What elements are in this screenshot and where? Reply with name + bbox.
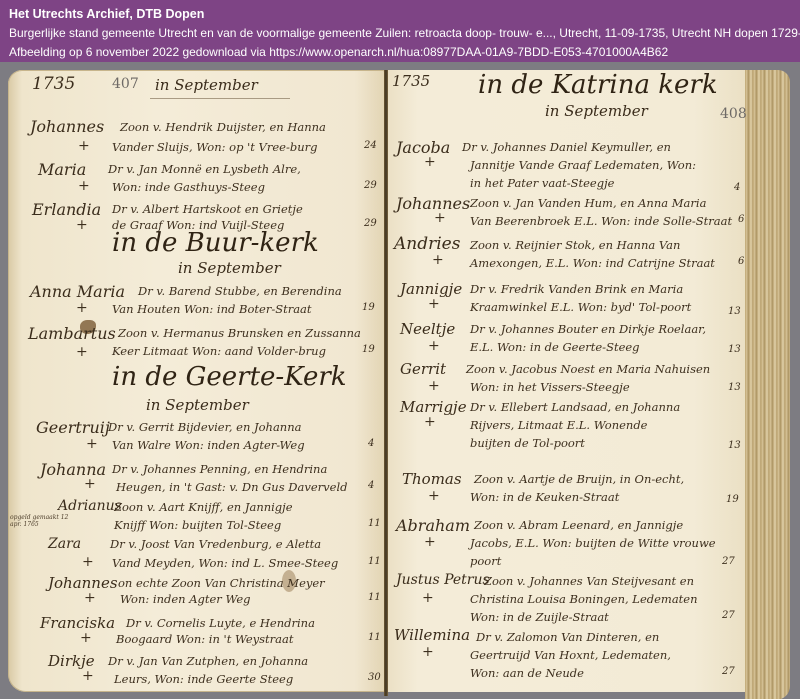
entry-day: 27 xyxy=(722,666,735,677)
page-edges xyxy=(745,70,790,699)
entry-line: Dr v. Johannes Daniel Keymuller, en xyxy=(462,140,671,154)
child-name: Gerrit xyxy=(400,360,446,378)
entry-line: Won: in het Vissers-Steegje xyxy=(470,380,630,394)
cross-mark-icon: + xyxy=(82,554,94,570)
entry-day: 19 xyxy=(726,494,739,505)
left-folio-number: 407 xyxy=(112,76,139,92)
entry-day: 11 xyxy=(368,632,381,643)
entry-line: Dr v. Cornelis Luyte, e Hendrina xyxy=(126,616,315,630)
cross-mark-icon: + xyxy=(428,338,440,354)
cross-mark-icon: + xyxy=(78,138,90,154)
entry-line: Van Walre Won: inden Agter-Weg xyxy=(112,438,305,452)
entry-line: on echte Zoon Van Christina Meyer xyxy=(118,576,325,590)
cross-mark-icon: + xyxy=(428,296,440,312)
entry-day: 13 xyxy=(728,382,741,393)
child-name: Thomas xyxy=(402,470,462,488)
entry-day: 6 xyxy=(738,214,744,225)
child-name: Anna Maria xyxy=(30,282,125,301)
entry-day: 24 xyxy=(364,140,377,151)
entry-line: Jannitje Vande Graaf Ledematen, Won: xyxy=(470,158,696,172)
church-heading: in de Geerte-Kerk xyxy=(112,362,347,392)
entry-line: Kraamwinkel E.L. Won: byd' Tol-poort xyxy=(470,300,691,314)
entry-line: in het Pater vaat-Steegje xyxy=(470,176,614,190)
entry-line: Van Beerenbroek E.L. Won: inde Solle-Str… xyxy=(470,214,732,228)
entry-line: Dr v. Johannes Penning, en Hendrina xyxy=(112,462,327,476)
child-name: Andries xyxy=(394,234,460,254)
church-heading: in de Katrina kerk xyxy=(478,70,718,100)
entry-day: 13 xyxy=(728,344,741,355)
book-gutter xyxy=(384,70,388,696)
child-name: Erlandia xyxy=(32,200,101,219)
download-note: Afbeelding op 6 november 2022 gedownload… xyxy=(9,43,791,62)
entry-line: Won: in de Zuijle-Straat xyxy=(470,610,609,624)
archive-title: Het Utrechts Archief, DTB Dopen xyxy=(9,4,791,24)
entry-day: 13 xyxy=(728,440,741,451)
entry-day: 4 xyxy=(368,480,374,491)
archive-header: Het Utrechts Archief, DTB Dopen Burgerli… xyxy=(0,0,800,62)
entry-line: Won: in de Keuken-Straat xyxy=(470,490,619,504)
entry-line: Geertruijd Van Hoxnt, Ledematen, xyxy=(470,648,671,662)
entry-day: 19 xyxy=(362,344,375,355)
child-name: Neeltje xyxy=(400,320,455,338)
month-heading: in September xyxy=(545,102,648,120)
entry-day: 29 xyxy=(364,218,377,229)
entry-day: 13 xyxy=(728,306,741,317)
entry-day: 4 xyxy=(368,438,374,449)
entry-line: Dr v. Gerrit Bijdevier, en Johanna xyxy=(108,420,301,434)
entry-line: Zoon v. Hendrik Duijster, en Hanna xyxy=(120,120,326,134)
cross-mark-icon: + xyxy=(422,644,434,660)
entry-line: Boogaard Won: in 't Weystraat xyxy=(116,632,294,646)
entry-day: 19 xyxy=(362,302,375,313)
cross-mark-icon: + xyxy=(86,436,98,452)
child-name: Zara xyxy=(48,536,81,552)
entry-line: poort xyxy=(470,554,501,568)
child-name: Franciska xyxy=(40,614,115,632)
record-description: Burgerlijke stand gemeente Utrecht en va… xyxy=(9,24,791,43)
entry-line: E.L. Won: in de Geerte-Steeg xyxy=(470,340,640,354)
month-heading: in September xyxy=(178,259,281,277)
entry-line: Amexongen, E.L. Won: ind Catrijne Straat xyxy=(470,256,715,270)
cross-mark-icon: + xyxy=(76,344,88,360)
entry-line: buijten de Tol-poort xyxy=(470,436,585,450)
cross-mark-icon: + xyxy=(82,668,94,684)
child-name: Johannes xyxy=(30,117,104,136)
entry-day: 29 xyxy=(364,180,377,191)
entry-line: Keer Litmaat Won: aand Volder-brug xyxy=(112,344,326,358)
cross-mark-icon: + xyxy=(76,300,88,316)
cross-mark-icon: + xyxy=(424,534,436,550)
entry-line: Dr v. Jan Van Zutphen, en Johanna xyxy=(108,654,308,668)
entry-line: Vand Meyden, Won: ind L. Smee-Steeg xyxy=(112,556,338,570)
entry-line: Zoon v. Aartje de Bruijn, in On-echt, xyxy=(474,472,684,486)
cross-mark-icon: + xyxy=(80,630,92,646)
cross-mark-icon: + xyxy=(434,210,446,226)
cross-mark-icon: + xyxy=(424,154,436,170)
left-year: 1735 xyxy=(32,74,75,94)
cross-mark-icon: + xyxy=(76,217,88,233)
cross-mark-icon: + xyxy=(424,414,436,430)
entry-line: Dr v. Joost Van Vredenburg, e Aletta xyxy=(110,537,321,551)
entry-line: Dr v. Fredrik Vanden Brink en Maria xyxy=(470,282,683,296)
child-name: Adrianus xyxy=(58,498,122,514)
entry-day: 6 xyxy=(738,256,744,267)
left-heading: in September xyxy=(155,76,258,94)
entry-line: Won: aan de Neude xyxy=(470,666,584,680)
cross-mark-icon: + xyxy=(432,252,444,268)
entry-line: Van Houten Won: ind Boter-Straat xyxy=(112,302,312,316)
cross-mark-icon: + xyxy=(84,590,96,606)
child-name: Justus Petrus xyxy=(396,572,490,588)
entry-line: Dr v. Johannes Bouter en Dirkje Roelaar, xyxy=(470,322,706,336)
entry-line: Dr v. Ellebert Landsaad, en Johanna xyxy=(470,400,680,414)
entry-day: 30 xyxy=(368,672,381,683)
entry-line: Zoon v. Johannes Van Steijvesant en xyxy=(484,574,694,588)
entry-line: Zoon v. Abram Leenard, en Jannigje xyxy=(474,518,683,532)
entry-line: Vander Sluijs, Won: op 't Vree-burg xyxy=(112,140,317,154)
cross-mark-icon: + xyxy=(422,590,434,606)
entry-day: 11 xyxy=(368,556,381,567)
child-name: Geertruij xyxy=(36,418,110,437)
child-name: Abraham xyxy=(396,516,470,535)
child-name: Willemina xyxy=(394,626,470,644)
entry-day: 4 xyxy=(734,182,740,193)
entry-line: Zoon v. Jacobus Noest en Maria Nahuisen xyxy=(466,362,710,376)
child-name: Lambartus xyxy=(28,324,116,343)
child-name: Johanna xyxy=(40,460,106,479)
entry-day: 11 xyxy=(368,518,381,529)
cross-mark-icon: + xyxy=(428,488,440,504)
entry-line: Leurs, Won: inde Geerte Steeg xyxy=(114,672,293,686)
entry-line: Jacobs, E.L. Won: buijten de Witte vrouw… xyxy=(470,536,716,550)
entry-line: Dr v. Albert Hartskoot en Grietje xyxy=(112,202,303,216)
entry-day: 27 xyxy=(722,556,735,567)
margin-note: opgeld gemaakt 12 apr. 1765 xyxy=(10,514,70,528)
entry-line: Rijvers, Litmaat E.L. Wonende xyxy=(470,418,648,432)
entry-line: Christina Louisa Boningen, Ledematen xyxy=(470,592,698,606)
entry-line: Zoon v. Hermanus Brunsken en Zussanna xyxy=(118,326,361,340)
entry-line: Dr v. Zalomon Van Dinteren, en xyxy=(476,630,659,644)
right-folio-number: 408 xyxy=(720,106,747,122)
cross-mark-icon: + xyxy=(428,378,440,394)
child-name: Johannes xyxy=(48,574,118,592)
cross-mark-icon: + xyxy=(84,476,96,492)
entry-line: Dr v. Barend Stubbe, en Berendina xyxy=(138,284,342,298)
entry-line: Zoon v. Reijnier Stok, en Hanna Van xyxy=(470,238,680,252)
entry-line: Knijff Won: buijten Tol-Steeg xyxy=(114,518,281,532)
month-heading: in September xyxy=(146,396,249,414)
entry-day: 27 xyxy=(722,610,735,621)
entry-line: Heugen, in 't Gast: v. Dn Gus Daverveld xyxy=(116,480,348,494)
entry-line: Zoon v. Aart Knijff, en Jannigje xyxy=(114,500,293,514)
entry-day: 11 xyxy=(368,592,381,603)
right-year: 1735 xyxy=(392,72,430,90)
entry-line: Dr v. Jan Monnë en Lysbeth Alre, xyxy=(108,162,301,176)
entry-line: Won: inden Agter Weg xyxy=(120,592,251,606)
register-scan: 1735 407 in September Johannes Zoon v. H… xyxy=(0,62,800,699)
entry-line: Won: inde Gasthuys-Steeg xyxy=(112,180,265,194)
child-name: Maria xyxy=(38,160,86,179)
church-heading: in de Buur-kerk xyxy=(112,228,319,258)
entry-line: Zoon v. Jan Vanden Hum, en Anna Maria xyxy=(470,196,706,210)
cross-mark-icon: + xyxy=(78,178,90,194)
